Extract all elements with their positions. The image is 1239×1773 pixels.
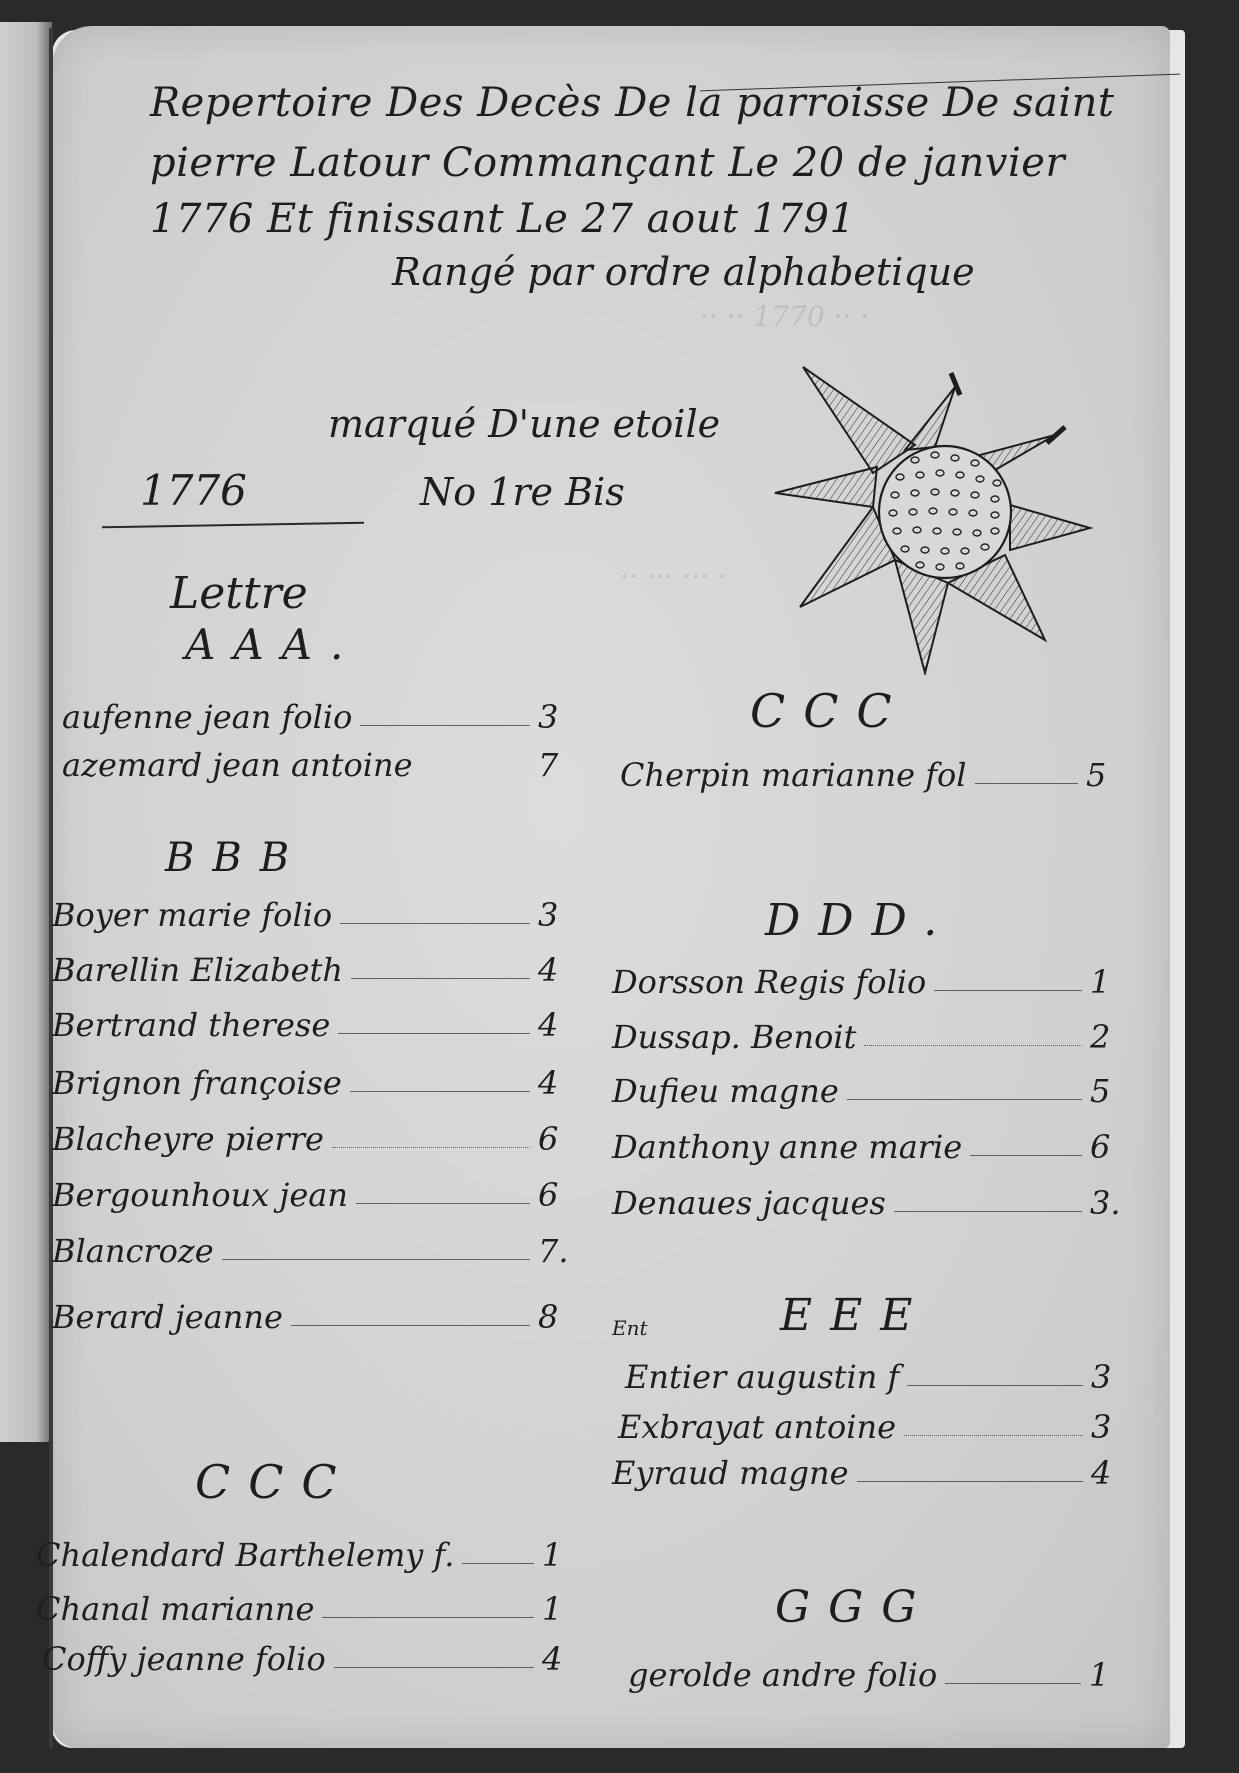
register-number: No 1re Bis [420, 470, 625, 514]
entry-name: Chalendard Barthelemy f. [36, 1536, 454, 1574]
section-letter-c: CCC [195, 1455, 355, 1509]
entry-name: aufenne jean folio [62, 698, 352, 736]
entry-folio: 1 [1089, 1656, 1133, 1694]
leader-line [894, 1211, 1082, 1212]
list-item: Chanal marianne 1 [36, 1582, 586, 1628]
list-item: Eyraud magne 4 [612, 1446, 1135, 1492]
list-item: Dufieu magne 5 [612, 1064, 1134, 1110]
list-item: Berard jeanne 8 [52, 1290, 582, 1336]
entry-name: Bertrand therese [52, 1006, 330, 1044]
leader-line [356, 1203, 530, 1204]
entry-folio: 2 [1090, 1018, 1134, 1056]
star-drawing-icon [755, 355, 1095, 675]
entry-folio: 6 [538, 1120, 582, 1158]
leader-line [970, 1155, 1082, 1156]
leader-line [847, 1099, 1082, 1100]
entry-name: Denaues jacques [612, 1184, 886, 1222]
leader-line [350, 1091, 530, 1092]
entry-folio: 1 [1090, 963, 1134, 1001]
title-line-2: pierre Latour Commançant Le 20 de janvie… [150, 140, 1065, 186]
entry-folio: 3 [1091, 1358, 1135, 1396]
lettre-label: Lettre [170, 568, 308, 619]
mark-label: marqué D'une etoile [328, 402, 720, 446]
list-item: Blacheyre pierre 6 [52, 1112, 582, 1158]
leader-line [934, 990, 1082, 991]
entry-name: Boyer marie folio [52, 896, 332, 934]
entry-folio: 1 [542, 1590, 586, 1628]
entry-name: Exbrayat antoine [618, 1408, 896, 1446]
list-item: azemard jean antoine 7 [62, 738, 582, 784]
list-item: Cherpin marianne fol 5 [620, 748, 1130, 794]
entry-name: Cherpin marianne fol [620, 756, 967, 794]
entry-name: Dussap. Benoit [612, 1018, 856, 1056]
leader-line [322, 1617, 534, 1618]
list-item: Chalendard Barthelemy f. 1 [36, 1528, 586, 1574]
entry-name: Eyraud magne [612, 1454, 849, 1492]
list-item: Danthony anne marie 6 [612, 1120, 1134, 1166]
list-item: Exbrayat antoine 3 [618, 1400, 1135, 1446]
entry-name: Brignon françoise [52, 1064, 342, 1102]
entry-folio: 4 [542, 1640, 586, 1678]
leader-line [334, 1667, 534, 1668]
entry-folio: 7. [538, 1232, 582, 1270]
entry-folio: 8 [538, 1298, 582, 1336]
entry-folio: 1 [542, 1536, 586, 1574]
entry-name: Dufieu magne [612, 1072, 839, 1110]
section-letter-d: DDD. [765, 895, 955, 946]
leader-line [945, 1683, 1081, 1684]
entry-folio: 5 [1086, 756, 1130, 794]
list-item: Dussap. Benoit 2 [612, 1010, 1134, 1056]
list-item: gerolde andre folio 1 [628, 1648, 1133, 1694]
bleed-through-text: ·· ··· ··· · [620, 560, 727, 593]
list-item: Brignon françoise 4 [52, 1056, 582, 1102]
section-letter-c-right: CCC [750, 684, 910, 738]
list-item: Dorsson Regis folio 1 [612, 955, 1134, 1001]
entry-name: Coffy jeanne folio [42, 1640, 326, 1678]
entry-folio: 4 [538, 1064, 582, 1102]
bleed-through-text: ·· ·· 1770 ·· · [700, 300, 869, 333]
margin-note: Ent [612, 1316, 648, 1340]
entry-name: Berard jeanne [52, 1298, 283, 1336]
leader-line [222, 1259, 530, 1260]
entry-folio: 4 [538, 951, 582, 989]
list-item: Boyer marie folio 3 [52, 888, 582, 934]
entry-name: azemard jean antoine [62, 746, 413, 784]
list-item: aufenne jean folio 3 [62, 690, 582, 736]
leader-line [340, 923, 530, 924]
list-item: Blancroze 7. [52, 1224, 582, 1270]
entry-name: Blacheyre pierre [52, 1120, 324, 1158]
list-item: Coffy jeanne folio 4 [42, 1632, 586, 1678]
title-line-1: Repertoire Des Decès De la parroisse De … [150, 80, 1114, 126]
list-item: Barellin Elizabeth 4 [52, 943, 582, 989]
entry-name: Entier augustin f [625, 1358, 899, 1396]
leader-line [462, 1563, 534, 1564]
entry-name: Chanal marianne [36, 1590, 314, 1628]
entry-folio: 7 [538, 746, 582, 784]
section-letter-a: AAA. [185, 620, 361, 669]
entry-name: Dorsson Regis folio [612, 963, 926, 1001]
entry-folio: 5 [1090, 1072, 1134, 1110]
leader-line [975, 783, 1078, 784]
entry-folio: 3. [1090, 1184, 1134, 1222]
leader-line [351, 978, 530, 979]
year-label: 1776 [140, 466, 247, 515]
entry-name: Bergounhoux jean [52, 1176, 348, 1214]
list-item: Bergounhoux jean 6 [52, 1168, 582, 1214]
entry-folio: 3 [538, 896, 582, 934]
entry-folio: 4 [538, 1006, 582, 1044]
list-item: Entier augustin f 3 [625, 1350, 1135, 1396]
entry-folio: 3 [1091, 1408, 1135, 1446]
entry-folio: 4 [1091, 1454, 1135, 1492]
section-letter-g: GGG [775, 1582, 934, 1633]
entry-folio: 6 [1090, 1128, 1134, 1166]
section-letter-b: BBB [165, 835, 307, 881]
entry-name: gerolde andre folio [628, 1656, 937, 1694]
leader-line [904, 1435, 1083, 1436]
entry-name: Danthony anne marie [612, 1128, 962, 1166]
leader-line [338, 1033, 530, 1034]
entry-folio: 6 [538, 1176, 582, 1214]
leader-line [864, 1045, 1082, 1046]
list-item: Denaues jacques 3. [612, 1176, 1134, 1222]
entry-name: Barellin Elizabeth [52, 951, 343, 989]
leader-line [332, 1147, 530, 1148]
section-letter-e: EEE [780, 1290, 930, 1341]
list-item: Bertrand therese 4 [52, 998, 582, 1044]
leader-line [907, 1385, 1083, 1386]
title-line-3: 1776 Et finissant Le 27 aout 1791 [150, 196, 855, 242]
leader-line [291, 1325, 530, 1326]
facing-page-edge [0, 22, 52, 1442]
entry-name: Blancroze [52, 1232, 214, 1270]
subtitle: Rangé par ordre alphabetique [392, 250, 975, 294]
leader-line [857, 1481, 1083, 1482]
leader-line [360, 725, 530, 726]
entry-folio: 3 [538, 698, 582, 736]
